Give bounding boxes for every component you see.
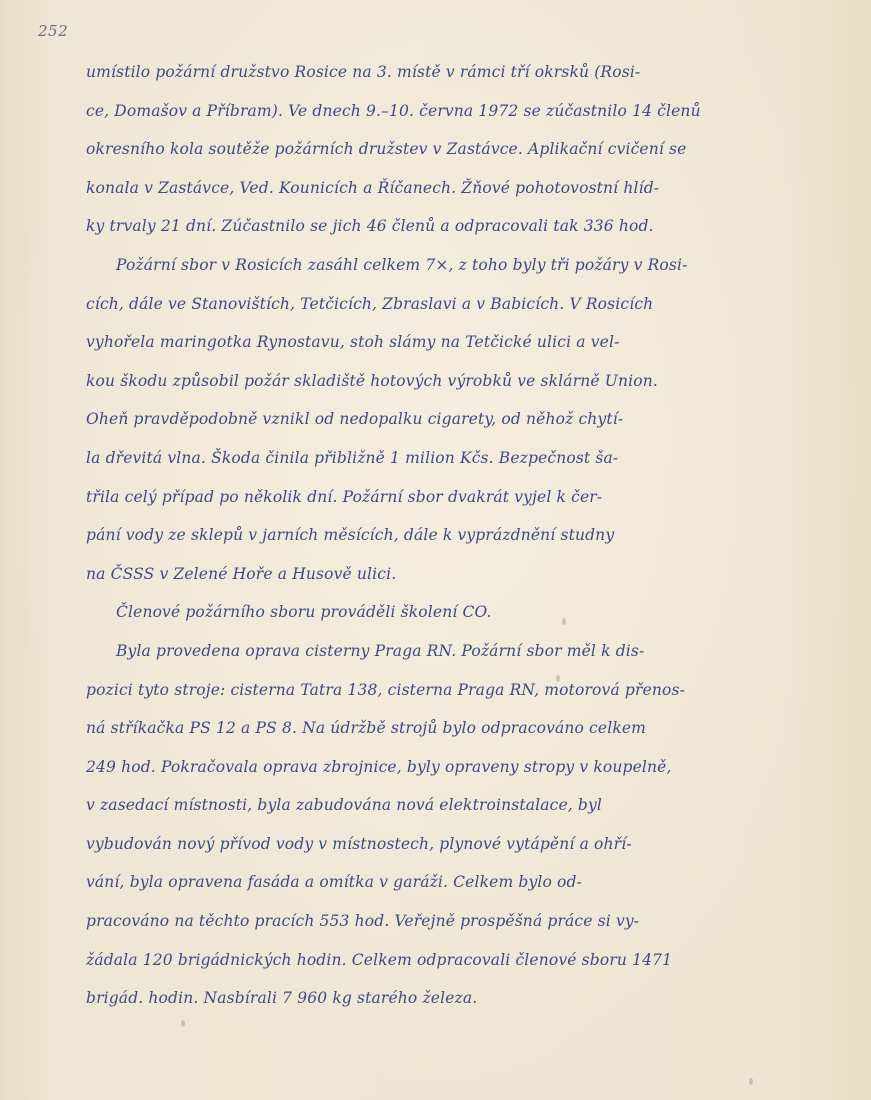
manuscript-line: kou škodu způsobil požár skladiště hotov… bbox=[86, 362, 806, 401]
manuscript-line: na ČSSS v Zelené Hoře a Husově ulici. bbox=[86, 555, 806, 594]
manuscript-line: pání vody ze sklepů v jarních měsících, … bbox=[86, 516, 806, 555]
manuscript-line: ce, Domašov a Příbram). Ve dnech 9.–10. … bbox=[86, 92, 806, 131]
manuscript-line: Členové požárního sboru prováděli školen… bbox=[86, 593, 806, 632]
page-number: 252 bbox=[38, 22, 68, 40]
manuscript-line: vybudován nový přívod vody v místnostech… bbox=[86, 825, 806, 864]
manuscript-line: pracováno na těchto pracích 553 hod. Veř… bbox=[86, 902, 806, 941]
manuscript-line: brigád. hodin. Nasbírali 7 960 kg staréh… bbox=[86, 979, 806, 1018]
handwritten-text-body: umístilo požární družstvo Rosice na 3. m… bbox=[86, 53, 806, 1018]
manuscript-page: 252 umístilo požární družstvo Rosice na … bbox=[0, 0, 871, 1100]
manuscript-line: cích, dále ve Stanovištích, Tetčicích, Z… bbox=[86, 285, 806, 324]
manuscript-line: 249 hod. Pokračovala oprava zbrojnice, b… bbox=[86, 748, 806, 787]
paper-stain bbox=[749, 1078, 753, 1085]
paper-stain bbox=[556, 675, 560, 682]
manuscript-line: vání, byla opravena fasáda a omítka v ga… bbox=[86, 863, 806, 902]
manuscript-line: Oheň pravděpodobně vznikl od nedopalku c… bbox=[86, 400, 806, 439]
paper-stain bbox=[562, 618, 566, 625]
manuscript-line: Požární sbor v Rosicích zasáhl celkem 7×… bbox=[86, 246, 806, 285]
manuscript-line: ná stříkačka PS 12 a PS 8. Na údržbě str… bbox=[86, 709, 806, 748]
paper-stain bbox=[181, 1020, 185, 1027]
manuscript-line: ky trvaly 21 dní. Zúčastnilo se jich 46 … bbox=[86, 207, 806, 246]
manuscript-line: třila celý případ po několik dní. Požárn… bbox=[86, 478, 806, 517]
manuscript-line: la dřevitá vlna. Škoda činila přibližně … bbox=[86, 439, 806, 478]
manuscript-line: umístilo požární družstvo Rosice na 3. m… bbox=[86, 53, 806, 92]
manuscript-line: okresního kola soutěže požárních družste… bbox=[86, 130, 806, 169]
manuscript-line: pozici tyto stroje: cisterna Tatra 138, … bbox=[86, 671, 806, 710]
manuscript-line: vyhořela maringotka Rynostavu, stoh slám… bbox=[86, 323, 806, 362]
manuscript-line: konala v Zastávce, Ved. Kounicích a Říča… bbox=[86, 169, 806, 208]
manuscript-line: v zasedací místnosti, byla zabudována no… bbox=[86, 786, 806, 825]
manuscript-line: Byla provedena oprava cisterny Praga RN.… bbox=[86, 632, 806, 671]
manuscript-line: žádala 120 brigádnických hodin. Celkem o… bbox=[86, 941, 806, 980]
